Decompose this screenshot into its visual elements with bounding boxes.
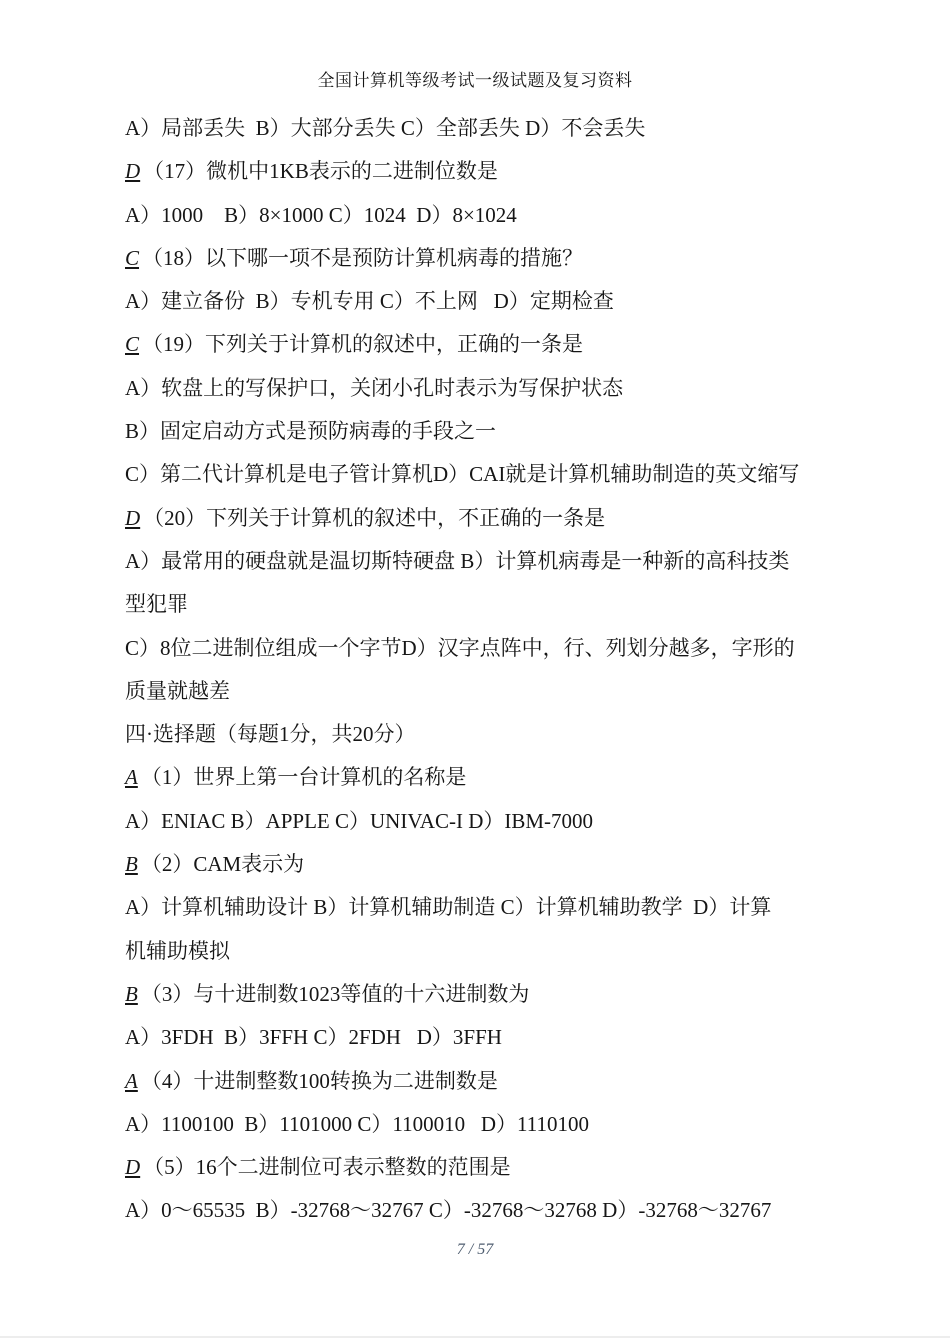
question-line: D（5）16个二进制位可表示整数的范围是 <box>125 1146 885 1189</box>
line-text: A）3FDH B）3FFH C）2FDH D）3FFH <box>125 1025 502 1049</box>
line-text: （20）下列关于计算机的叙述中，不正确的一条是 <box>143 506 605 530</box>
line-text: （3）与十进制数1023等值的十六进制数为 <box>141 982 530 1006</box>
text-line: A）计算机辅助设计 B）计算机辅助制造 C）计算机辅助教学 D）计算 <box>125 886 885 929</box>
text-line: A）局部丢失 B）大部分丢失 C）全部丢失 D）不会丢失 <box>125 107 885 150</box>
question-line: A（1）世界上第一台计算机的名称是 <box>125 756 885 799</box>
page-number: 7 / 57 <box>0 1241 950 1259</box>
line-text: （2）CAM表示为 <box>141 852 304 876</box>
answer-letter: A <box>125 765 138 789</box>
line-text: （5）16个二进制位可表示整数的范围是 <box>143 1155 511 1179</box>
line-text: （1）世界上第一台计算机的名称是 <box>141 765 467 789</box>
line-text: （19）下列关于计算机的叙述中，正确的一条是 <box>142 332 583 356</box>
answer-letter: C <box>125 246 139 270</box>
line-text: A）ENIAC B）APPLE C）UNIVAC-I D）IBM-7000 <box>125 809 593 833</box>
text-line: A）3FDH B）3FFH C）2FDH D）3FFH <box>125 1016 885 1059</box>
text-line: A）最常用的硬盘就是温切斯特硬盘 B）计算机病毒是一种新的高科技类 <box>125 540 885 583</box>
answer-letter: D <box>125 506 140 530</box>
question-line: D（20）下列关于计算机的叙述中，不正确的一条是 <box>125 497 885 540</box>
text-line: 机辅助模拟 <box>125 930 885 973</box>
line-text: A）计算机辅助设计 B）计算机辅助制造 C）计算机辅助教学 D）计算 <box>125 895 771 919</box>
answer-letter: D <box>125 1155 140 1179</box>
line-text: 机辅助模拟 <box>125 939 230 963</box>
page-title: 全国计算机等级考试一级试题及复习资料 <box>0 66 950 91</box>
text-line: 四·选择题（每题1分，共20分） <box>125 713 885 756</box>
text-line: A）ENIAC B）APPLE C）UNIVAC-I D）IBM-7000 <box>125 800 885 843</box>
question-line: B（2）CAM表示为 <box>125 843 885 886</box>
text-line: A）1000 B）8×1000 C）1024 D）8×1024 <box>125 194 885 237</box>
line-text: C）第二代计算机是电子管计算机D）CAI就是计算机辅助制造的英文缩写 <box>125 462 799 486</box>
text-line: 质量就越差 <box>125 670 885 713</box>
question-line: C（18）以下哪一项不是预防计算机病毒的措施？ <box>125 237 885 280</box>
line-text: A）0～65535 B）-32768～32767 C）-32768～32768 … <box>125 1198 771 1222</box>
line-text: B）固定启动方式是预防病毒的手段之一 <box>125 419 496 443</box>
answer-letter: B <box>125 982 138 1006</box>
question-line: D（17）微机中1KB表示的二进制位数是 <box>125 150 885 193</box>
text-line: B）固定启动方式是预防病毒的手段之一 <box>125 410 885 453</box>
line-text: A）软盘上的写保护口，关闭小孔时表示为写保护状态 <box>125 376 623 400</box>
text-line: A）1100100 B）1101000 C）1100010 D）1110100 <box>125 1103 885 1146</box>
text-line: C）8位二进制位组成一个字节D）汉字点阵中，行、列划分越多，字形的 <box>125 627 885 670</box>
page-bottom-edge <box>0 1336 950 1338</box>
document-page: 全国计算机等级考试一级试题及复习资料 A）局部丢失 B）大部分丢失 C）全部丢失… <box>0 0 950 1341</box>
text-line: C）第二代计算机是电子管计算机D）CAI就是计算机辅助制造的英文缩写 <box>125 453 885 496</box>
line-text: A）局部丢失 B）大部分丢失 C）全部丢失 D）不会丢失 <box>125 116 645 140</box>
answer-letter: D <box>125 159 140 183</box>
line-text: A）建立备份 B）专机专用 C）不上网 D）定期检查 <box>125 289 614 313</box>
line-text: A）1000 B）8×1000 C）1024 D）8×1024 <box>125 203 517 227</box>
answer-letter: B <box>125 852 138 876</box>
text-line: A）0～65535 B）-32768～32767 C）-32768～32768 … <box>125 1189 885 1232</box>
line-text: A）最常用的硬盘就是温切斯特硬盘 B）计算机病毒是一种新的高科技类 <box>125 549 789 573</box>
answer-letter: C <box>125 332 139 356</box>
line-text: 质量就越差 <box>125 679 230 703</box>
text-line: A）建立备份 B）专机专用 C）不上网 D）定期检查 <box>125 280 885 323</box>
document-body: A）局部丢失 B）大部分丢失 C）全部丢失 D）不会丢失D（17）微机中1KB表… <box>125 107 885 1233</box>
line-text: （17）微机中1KB表示的二进制位数是 <box>143 159 498 183</box>
line-text: A）1100100 B）1101000 C）1100010 D）1110100 <box>125 1112 589 1136</box>
line-text: C）8位二进制位组成一个字节D）汉字点阵中，行、列划分越多，字形的 <box>125 636 795 660</box>
question-line: C（19）下列关于计算机的叙述中，正确的一条是 <box>125 323 885 366</box>
question-line: A（4）十进制整数100转换为二进制数是 <box>125 1060 885 1103</box>
line-text: （4）十进制整数100转换为二进制数是 <box>141 1069 498 1093</box>
text-line: A）软盘上的写保护口，关闭小孔时表示为写保护状态 <box>125 367 885 410</box>
line-text: 四·选择题（每题1分，共20分） <box>125 722 416 746</box>
line-text: （18）以下哪一项不是预防计算机病毒的措施？ <box>142 246 583 270</box>
text-line: 型犯罪 <box>125 583 885 626</box>
line-text: 型犯罪 <box>125 592 188 616</box>
answer-letter: A <box>125 1069 138 1093</box>
question-line: B（3）与十进制数1023等值的十六进制数为 <box>125 973 885 1016</box>
